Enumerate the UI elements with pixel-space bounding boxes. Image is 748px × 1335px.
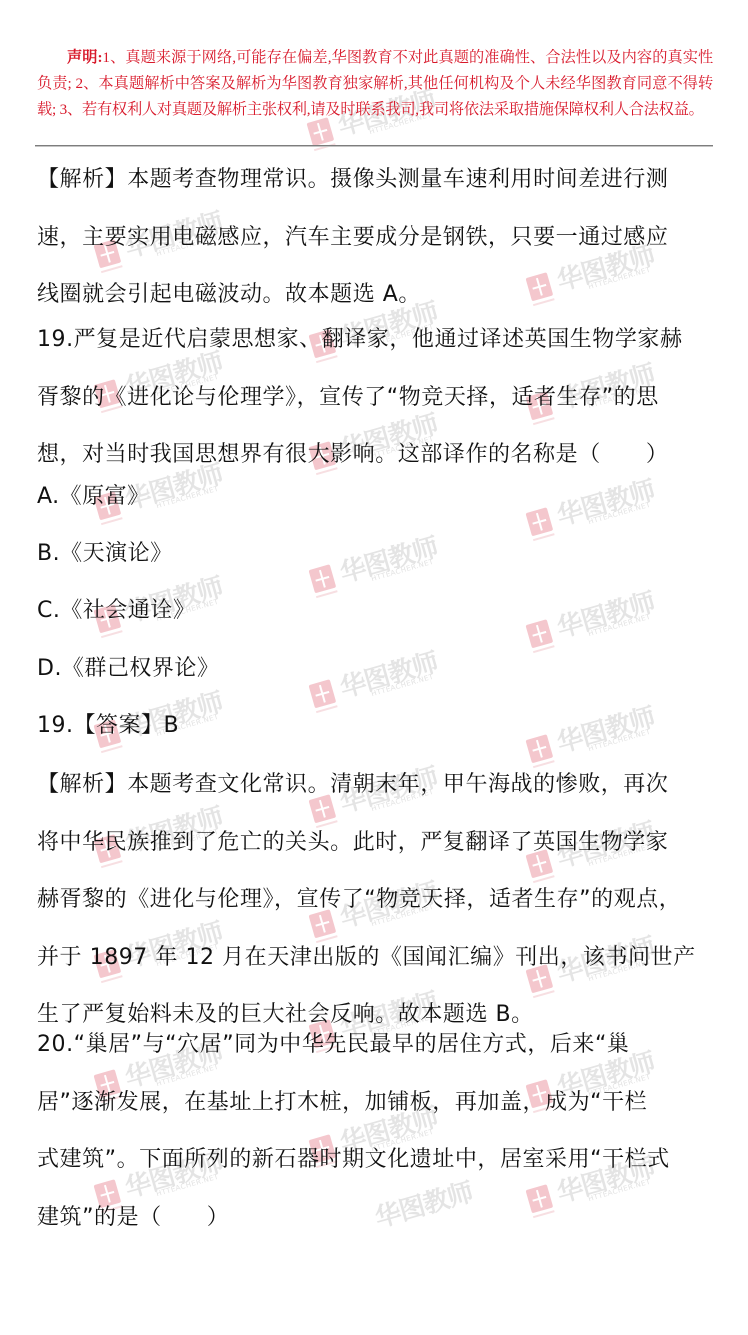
q19-option-c: C.《社会通诠》	[37, 582, 195, 640]
q18-analysis: 【解析】本题考查物理常识。摄像头测量车速利用时间差进行测 速，主要实用电磁感应，…	[37, 151, 717, 324]
q19-option-d: D.《群己权界论》	[37, 640, 219, 698]
q19-analysis-line: 并于 1897 年 12 月在天津出版的《国闻汇编》刊出，该书问世产	[37, 929, 717, 987]
watermark-logo-icon	[525, 507, 553, 536]
watermark-logo-icon	[308, 564, 336, 593]
watermark: 华图教师HTTEACHER.NET	[305, 515, 466, 614]
q20-stem-line: 式建筑”。下面所列的新石器时期文化遗址中，居室采用“干栏式	[37, 1131, 717, 1189]
watermark-logo-icon	[525, 619, 553, 648]
disclaimer-lead: 声明:	[67, 49, 102, 66]
q19-analysis: 【解析】本题考查文化常识。清朝末年，甲午海战的惨败，再次 将中华民族推到了危亡的…	[37, 756, 717, 1044]
watermark: 华图教师HTTEACHER.NET	[522, 570, 683, 669]
q20-stem-line: 20.“巢居”与“穴居”同为中华先民最早的居住方式，后来“巢	[37, 1016, 717, 1074]
disclaimer-text: 1、真题来源于网络,可能存在偏差,华图教育不对此真题的准确性、合法性以及内容的真…	[37, 49, 713, 118]
q19-option-b: B.《天演论》	[37, 525, 173, 583]
q19-stem-line: 19.严复是近代启蒙思想家、翻译家，他通过译述英国生物学家赫	[37, 311, 717, 369]
q19-analysis-line: 将中华民族推到了危亡的关头。此时，严复翻译了英国生物学家	[37, 814, 717, 872]
q19-analysis-line: 【解析】本题考查文化常识。清朝末年，甲午海战的惨败，再次	[37, 756, 717, 814]
q18-analysis-line: 速，主要实用电磁感应，汽车主要成分是钢铁，只要一通过感应	[37, 209, 717, 267]
disclaimer-notice: 声明:1、真题来源于网络,可能存在偏差,华图教育不对此真题的准确性、合法性以及内…	[37, 45, 713, 123]
watermark-logo-icon	[308, 679, 336, 708]
header-divider	[35, 145, 713, 147]
q20-stem-line: 建筑”的是（ ）	[37, 1189, 717, 1247]
q19-answer: 19.【答案】B	[37, 697, 179, 755]
q20-stem-line: 居”逐渐发展，在基址上打木桩，加铺板，再加盖，成为“干栏	[37, 1074, 717, 1132]
q20-stem: 20.“巢居”与“穴居”同为中华先民最早的居住方式，后来“巢 居”逐渐发展，在基…	[37, 1016, 717, 1246]
document-page: 华图教师HTTEACHER.NET 华图教师HTTEACHER.NET 华图教师…	[0, 0, 748, 1335]
q19-stem-line: 胥黎的《进化论与伦理学》，宣传了“物竞天择，适者生存”的思	[37, 369, 717, 427]
q19-option-a: A.《原富》	[37, 468, 150, 526]
q19-stem: 19.严复是近代启蒙思想家、翻译家，他通过译述英国生物学家赫 胥黎的《进化论与伦…	[37, 311, 717, 484]
watermark: 华图教师HTTEACHER.NET	[305, 630, 466, 729]
q19-analysis-line: 赫胥黎的《进化与伦理》，宣传了“物竞天择，适者生存”的观点，	[37, 871, 717, 929]
q18-analysis-line: 【解析】本题考查物理常识。摄像头测量车速利用时间差进行测	[37, 151, 717, 209]
